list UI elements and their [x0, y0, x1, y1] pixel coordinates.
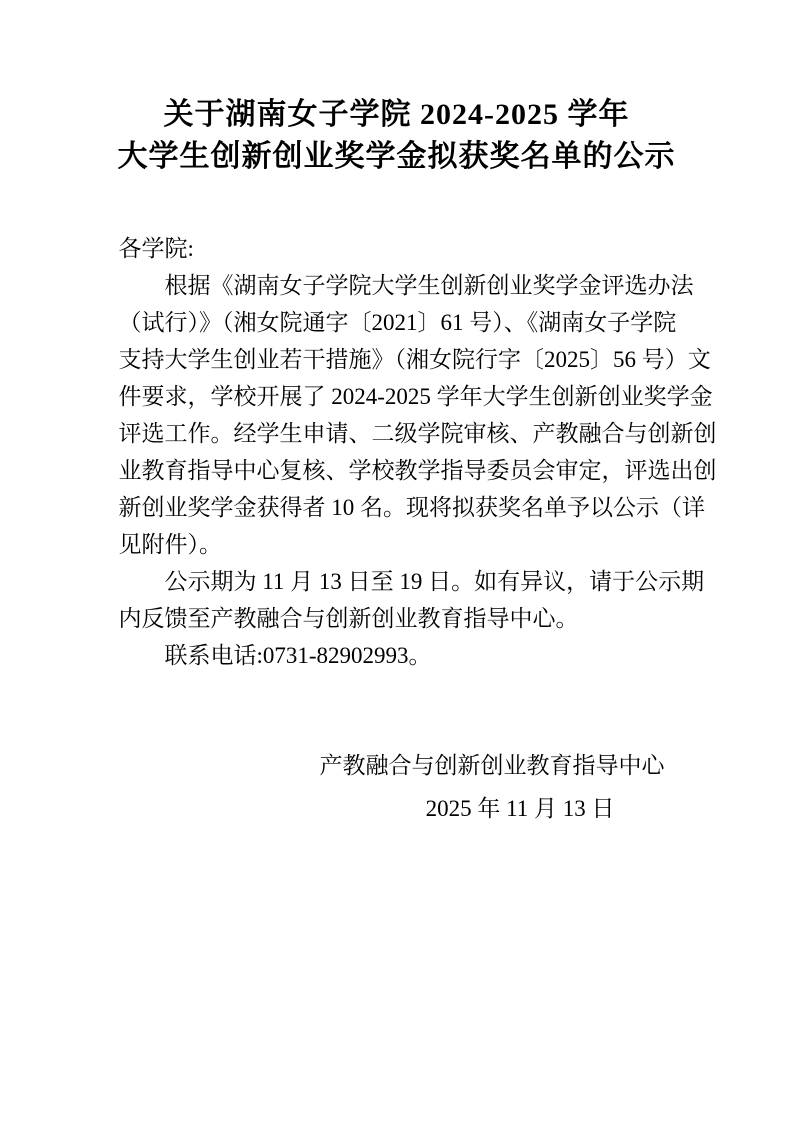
- paragraph-line: （试行）》（湘女院通字〔2021〕61 号）、《湖南女子学院: [119, 304, 675, 341]
- document-page: 关于湖南女子学院 2024-2025 学年 大学生创新创业奖学金拟获奖名单的公示…: [0, 0, 793, 1122]
- signature-block: 产教融合与创新创业教育指导中心 2025 年 11 月 13 日: [119, 744, 675, 830]
- paragraph-line: 件要求，学校开展了 2024-2025 学年大学生创新创业奖学金: [119, 378, 675, 415]
- salutation: 各学院:: [119, 230, 675, 267]
- paragraph-line: 支持大学生创业若干措施》（湘女院行字〔2025〕56 号）文: [119, 341, 675, 378]
- paragraph-line: 根据《湖南女子学院大学生创新创业奖学金评选办法: [119, 267, 675, 304]
- title-line-1: 关于湖南女子学院 2024-2025 学年: [0, 94, 793, 136]
- paragraph-line: 新创业奖学金获得者 10 名。现将拟获奖名单予以公示（详: [119, 489, 675, 526]
- paragraph-line: 业教育指导中心复核、学校教学指导委员会审定，评选出创: [119, 452, 675, 489]
- document-body: 各学院: 根据《湖南女子学院大学生创新创业奖学金评选办法 （试行）》（湘女院通字…: [119, 230, 675, 674]
- paragraph-line: 见附件）。: [119, 526, 675, 563]
- signature-date: 2025 年 11 月 13 日: [119, 787, 675, 830]
- document-title: 关于湖南女子学院 2024-2025 学年 大学生创新创业奖学金拟获奖名单的公示: [0, 0, 793, 178]
- paragraph-1: 根据《湖南女子学院大学生创新创业奖学金评选办法 （试行）》（湘女院通字〔2021…: [119, 267, 675, 563]
- contact-line: 联系电话:0731-82902993。: [119, 637, 675, 674]
- signature-department: 产教融合与创新创业教育指导中心: [119, 744, 675, 787]
- paragraph-line: 公示期为 11 月 13 日至 19 日。如有异议，请于公示期: [119, 563, 675, 600]
- title-line-2: 大学生创新创业奖学金拟获奖名单的公示: [0, 136, 793, 178]
- paragraph-2: 公示期为 11 月 13 日至 19 日。如有异议，请于公示期 内反馈至产教融合…: [119, 563, 675, 637]
- paragraph-line: 内反馈至产教融合与创新创业教育指导中心。: [119, 600, 675, 637]
- paragraph-line: 评选工作。经学生申请、二级学院审核、产教融合与创新创: [119, 415, 675, 452]
